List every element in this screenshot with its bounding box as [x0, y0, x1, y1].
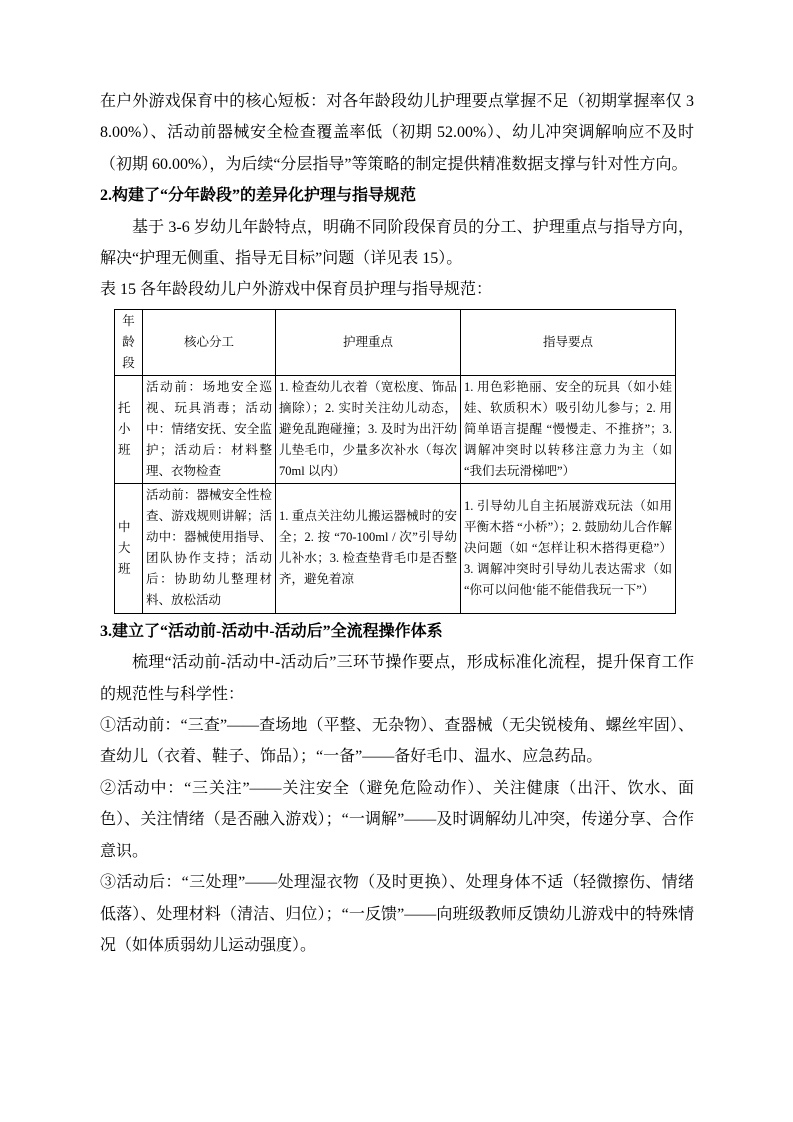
section-3-paragraph: 梳理“活动前-活动中-活动后”三环节操作要点，形成标准化流程，提升保育工作的规范…	[100, 647, 694, 710]
table-header-core-division: 核心分工	[143, 309, 276, 375]
core-division-cell: 活动前：器械安全性检查、游戏规则讲解；活动中：器械使用指导、团队协作支持；活动后…	[143, 483, 276, 613]
section-3-heading: 3.建立了“活动前-活动中-活动后”全流程操作体系	[100, 616, 694, 647]
document-page: 在户外游戏保育中的核心短板：对各年龄段幼儿护理要点掌握不足（初期掌握率仅 38.…	[0, 0, 793, 1122]
table-header-age-group: 年龄段	[115, 309, 143, 375]
age-group-care-table: 年龄段 核心分工 护理重点 指导要点 托小班 活动前：场地安全巡视、玩具消毒；活…	[114, 309, 676, 614]
process-item-before-activity: ①活动前：“三查”——查场地（平整、无杂物）、查器械（无尖锐棱角、螺丝牢固）、查…	[100, 710, 694, 773]
guidance-points-cell: 1. 引导幼儿自主拓展游戏玩法（如用平衡木搭 “小桥”）；2. 鼓励幼儿合作解决…	[461, 483, 676, 613]
table-header-care-points: 护理重点	[276, 309, 461, 375]
section-2-heading: 2.构建了“分年龄段”的差异化护理与指导规范	[100, 180, 694, 211]
care-points-cell: 1. 重点关注幼儿搬运器械时的安全；2. 按 “70-100ml / 次”引导幼…	[276, 483, 461, 613]
process-item-after-activity: ③活动后：“三处理”——处理湿衣物（及时更换）、处理身体不适（轻微擦伤、情绪低落…	[100, 867, 694, 961]
table-15-caption: 表 15 各年龄段幼儿户外游戏中保育员护理与指导规范：	[100, 274, 694, 305]
table-header-row: 年龄段 核心分工 护理重点 指导要点	[115, 309, 676, 375]
process-item-during-activity: ②活动中：“三关注”——关注安全（避免危险动作）、关注健康（出汗、饮水、面色）、…	[100, 773, 694, 867]
care-points-cell: 1. 检查幼儿衣着（宽松度、饰品摘除）；2. 实时关注幼儿动态，避免乱跑碰撞；3…	[276, 375, 461, 483]
guidance-points-cell: 1. 用色彩艳丽、安全的玩具（如小娃娃、软质积木）吸引幼儿参与；2. 用简单语言…	[461, 375, 676, 483]
table-row-nursery-junior: 托小班 活动前：场地安全巡视、玩具消毒；活动中：情绪安抚、安全监护；活动后：材料…	[115, 375, 676, 483]
age-group-cell: 托小班	[115, 375, 143, 483]
age-group-cell: 中大班	[115, 483, 143, 613]
table-header-guidance-points: 指导要点	[461, 309, 676, 375]
table-row-middle-senior: 中大班 活动前：器械安全性检查、游戏规则讲解；活动中：器械使用指导、团队协作支持…	[115, 483, 676, 613]
section-2-paragraph: 基于 3-6 岁幼儿年龄特点，明确不同阶段保育员的分工、护理重点与指导方向，解决…	[100, 212, 694, 275]
core-division-cell: 活动前：场地安全巡视、玩具消毒；活动中：情绪安抚、安全监护；活动后：材料整理、衣…	[143, 375, 276, 483]
intro-paragraph: 在户外游戏保育中的核心短板：对各年龄段幼儿护理要点掌握不足（初期掌握率仅 38.…	[100, 86, 694, 180]
